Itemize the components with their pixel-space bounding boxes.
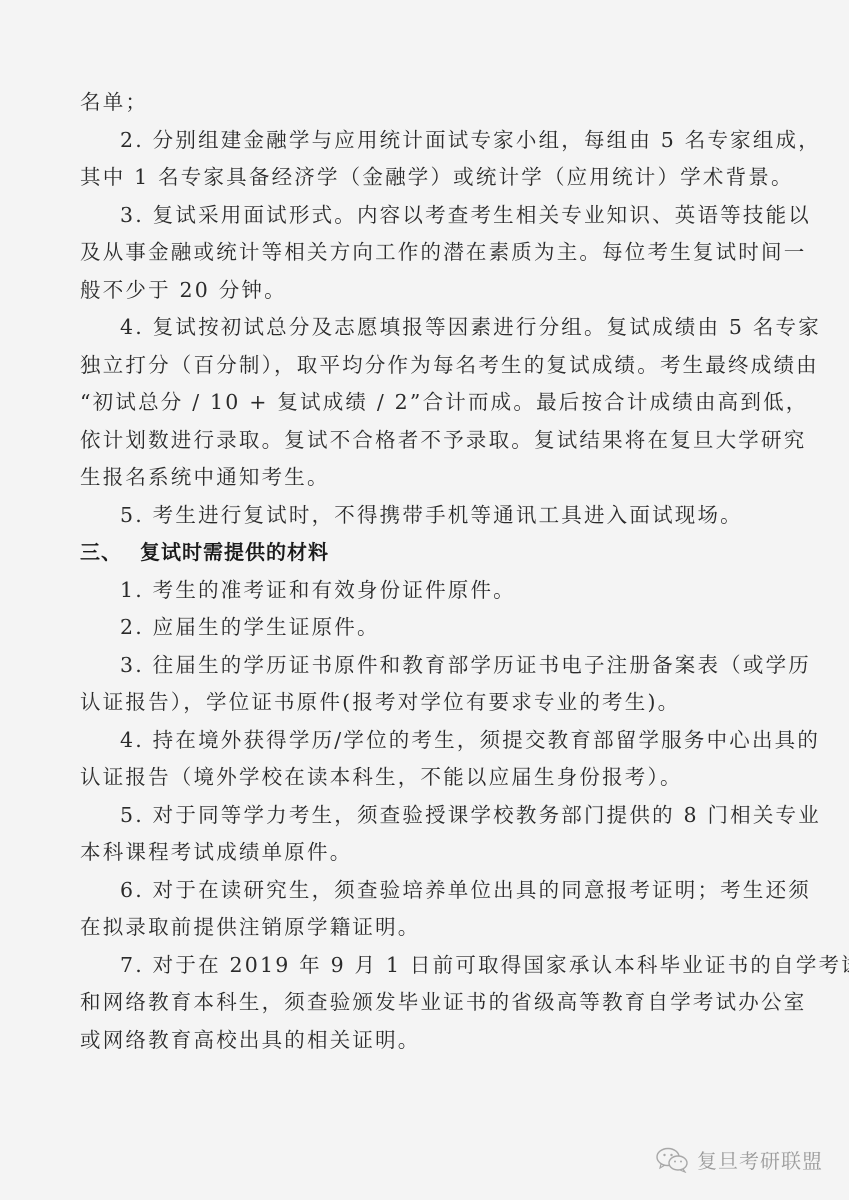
text-line: 5. 对于同等学力考生，须查验授课学校教务部门提供的 8 门相关专业	[80, 797, 770, 835]
text-line: 2. 分别组建金融学与应用统计面试专家小组，每组由 5 名专家组成，	[80, 122, 770, 160]
text-line: 或网络教育高校出具的相关证明。	[80, 1022, 770, 1060]
text-line: 本科课程考试成绩单原件。	[80, 834, 770, 872]
text-line: 4. 复试按初试总分及志愿填报等因素进行分组。复试成绩由 5 名专家	[80, 309, 770, 347]
document-page: 名单； 2. 分别组建金融学与应用统计面试专家小组，每组由 5 名专家组成， 其…	[80, 84, 770, 1059]
text-line: 般不少于 20 分钟。	[80, 272, 770, 310]
text-line: 独立打分（百分制），取平均分作为每名考生的复试成绩。考生最终成绩由	[80, 347, 770, 385]
section-heading: 三、复试时需提供的材料	[80, 534, 770, 572]
text-line: 其中 1 名专家具备经济学（金融学）或统计学（应用统计）学术背景。	[80, 159, 770, 197]
text-line: 3. 往届生的学历证书原件和教育部学历证书电子注册备案表（或学历	[80, 647, 770, 685]
watermark-text: 复旦考研联盟	[697, 1145, 823, 1174]
text-line: 6. 对于在读研究生，须查验培养单位出具的同意报考证明；考生还须	[80, 872, 770, 910]
text-line: 4. 持在境外获得学历/学位的考生，须提交教育部留学服务中心出具的	[80, 722, 770, 760]
text-line: 及从事金融或统计等相关方向工作的潜在素质为主。每位考生复试时间一	[80, 234, 770, 272]
text-line: 依计划数进行录取。复试不合格者不予录取。复试结果将在复旦大学研究	[80, 422, 770, 460]
text-line: 7. 对于在 2019 年 9 月 1 日前可取得国家承认本科毕业证书的自学考试	[80, 947, 770, 985]
text-line: 1. 考生的准考证和有效身份证件原件。	[80, 572, 770, 610]
text-line: 名单；	[80, 84, 770, 122]
text-line: 3. 复试采用面试形式。内容以考查考生相关专业知识、英语等技能以	[80, 197, 770, 235]
text-line: 认证报告），学位证书原件(报考对学位有要求专业的考生)。	[80, 684, 770, 722]
text-line: 认证报告（境外学校在读本科生，不能以应届生身份报考）。	[80, 759, 770, 797]
wechat-icon	[655, 1147, 689, 1173]
text-line: 5. 考生进行复试时，不得携带手机等通讯工具进入面试现场。	[80, 497, 770, 535]
section-number: 三、	[80, 534, 140, 572]
section-title: 复试时需提供的材料	[140, 540, 329, 564]
text-line: 和网络教育本科生，须查验颁发毕业证书的省级高等教育自学考试办公室	[80, 984, 770, 1022]
text-line: “初试总分 / 10 + 复试成绩 / 2”合计而成。最后按合计成绩由高到低，	[80, 384, 770, 422]
text-line: 生报名系统中通知考生。	[80, 459, 770, 497]
text-line: 2. 应届生的学生证原件。	[80, 609, 770, 647]
watermark: 复旦考研联盟	[655, 1145, 823, 1174]
text-line: 在拟录取前提供注销原学籍证明。	[80, 909, 770, 947]
